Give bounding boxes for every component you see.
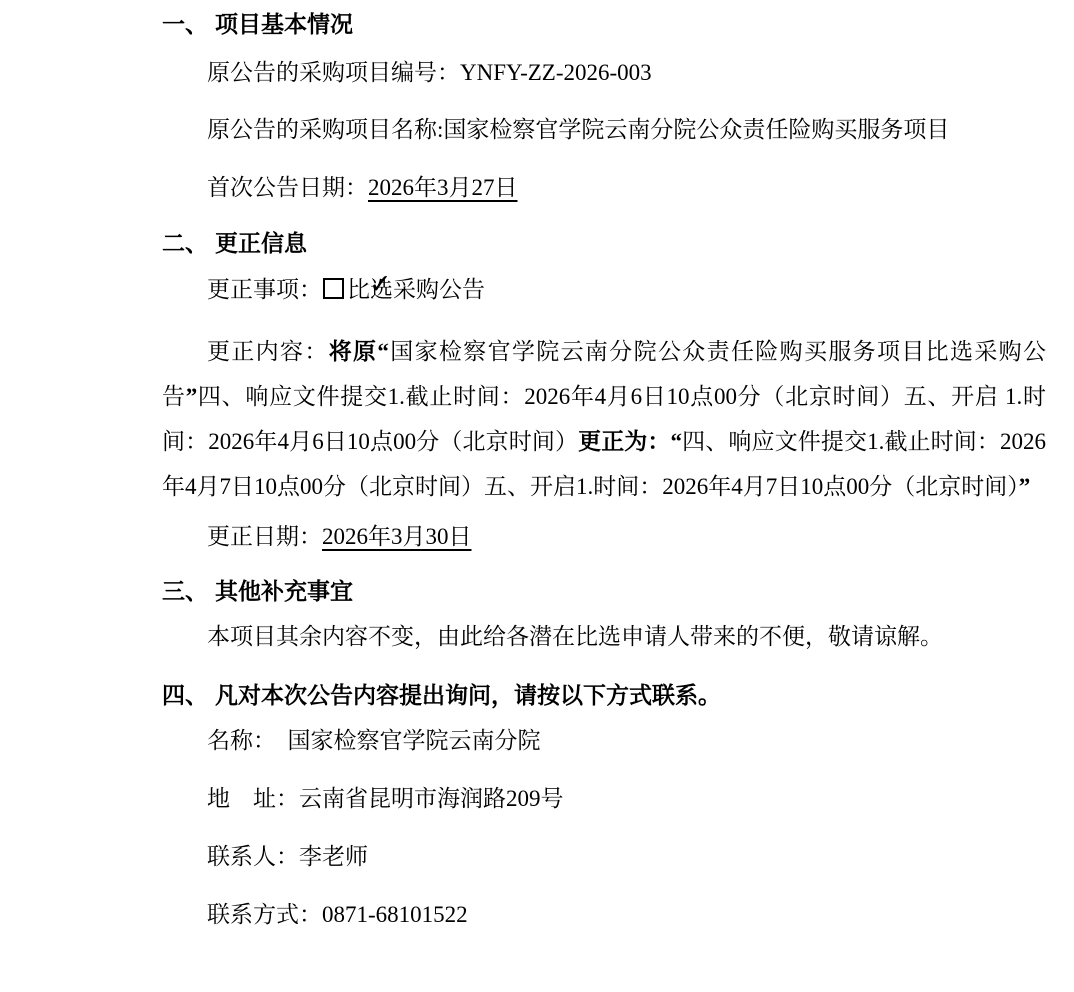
contact-name-line: 名称： 国家检察官学院云南分院: [162, 718, 1046, 763]
section-4-heading: 四、凡对本次公告内容提出询问，请按以下方式联系。: [162, 673, 1046, 718]
first-announcement-date-line: 首次公告日期：2026年3月27日: [162, 165, 1046, 210]
original-project-number-line: 原公告的采购项目编号：YNFY-ZZ-2026-003: [162, 50, 1046, 95]
contact-phone-line: 联系方式：0871-68101522: [162, 892, 1046, 937]
correction-date-value: 2026年3月30日: [322, 524, 472, 549]
correction-date-label: 更正日期：: [207, 524, 322, 549]
section-1-title: 项目基本情况: [215, 12, 353, 37]
contact-address-line: 地 址：云南省昆明市海润路209号: [162, 776, 1046, 821]
section-3-number: 三、: [162, 579, 208, 604]
checked-checkbox-icon: ✓: [323, 278, 344, 299]
section-4-title: 凡对本次公告内容提出询问，请按以下方式联系。: [215, 683, 721, 708]
correction-content-paragraph: 更正内容：将原“国家检察官学院云南分院公众责任险购买服务项目比选采购公告”四、响…: [162, 329, 1046, 509]
correction-date-line: 更正日期：2026年3月30日: [162, 514, 1046, 559]
correction-content-label: 更正内容：: [207, 339, 329, 364]
correction-content-close-quote: ”: [186, 384, 198, 409]
section-3-body: 本项目其余内容不变，由此给各潜在比选申请人带来的不便，敬请谅解。: [162, 614, 1046, 659]
section-1-heading: 一、项目基本情况: [162, 2, 1046, 47]
contact-person-line: 联系人：李老师: [162, 834, 1046, 879]
first-announcement-date-label: 首次公告日期：: [207, 175, 368, 200]
correction-content-final-quote: ”: [1019, 474, 1031, 499]
check-mark-icon: ✓: [324, 271, 392, 298]
section-2-title: 更正信息: [215, 231, 307, 256]
first-announcement-date-value: 2026年3月27日: [368, 175, 518, 200]
original-project-name-line: 原公告的采购项目名称:国家检察官学院云南分院公众责任险购买服务项目: [162, 107, 1046, 152]
correction-content-corrected-intro: 更正为：“: [578, 429, 682, 454]
correction-item-label: 更正事项：: [207, 277, 322, 302]
section-3-title: 其他补充事宜: [215, 579, 353, 604]
section-2-heading: 二、更正信息: [162, 221, 1046, 266]
section-1-number: 一、: [162, 12, 208, 37]
correction-notice-document: 一、项目基本情况 原公告的采购项目编号：YNFY-ZZ-2026-003 原公告…: [0, 0, 1074, 937]
section-3-heading: 三、其他补充事宜: [162, 569, 1046, 614]
correction-item-line: 更正事项：✓比选采购公告: [162, 267, 1046, 312]
section-4-number: 四、: [162, 683, 208, 708]
correction-content-original-intro: 将原“: [329, 339, 389, 364]
section-2-number: 二、: [162, 231, 208, 256]
